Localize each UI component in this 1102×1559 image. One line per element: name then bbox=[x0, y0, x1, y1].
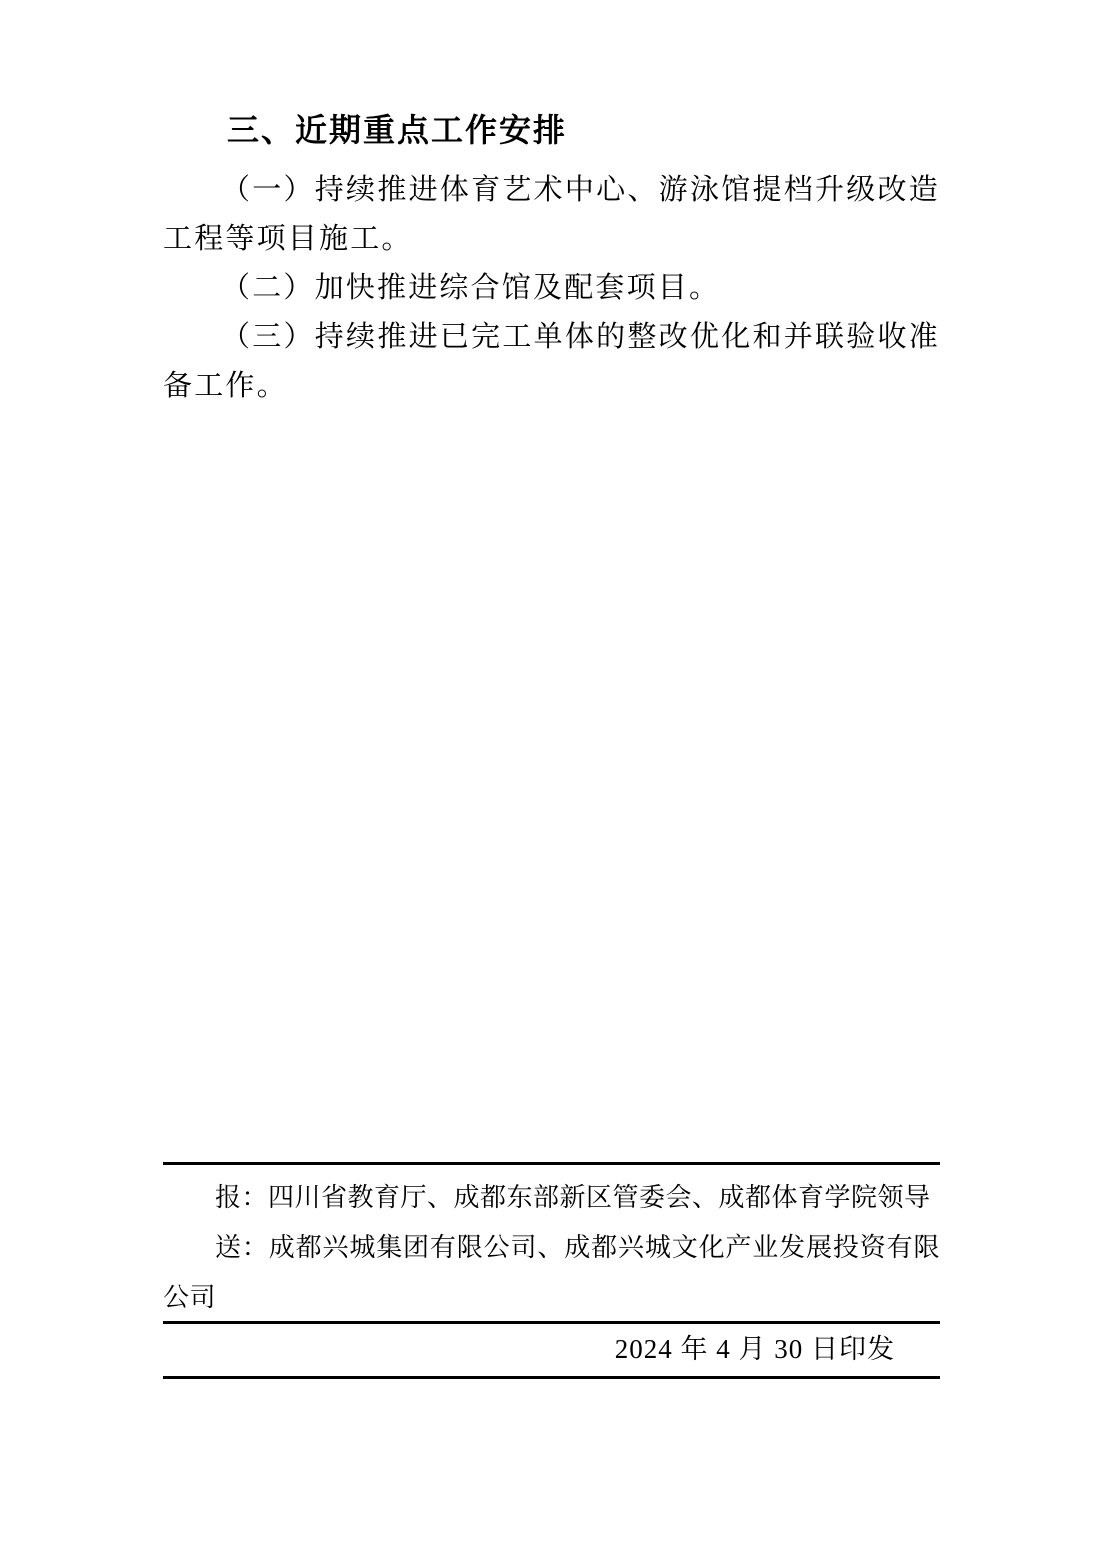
footer-report-line: 报：四川省教育厅、成都东部新区管委会、成都体育学院领导 bbox=[163, 1173, 940, 1223]
footer-divider-top bbox=[163, 1162, 940, 1165]
print-date: 2024 年 4 月 30 日印发 bbox=[163, 1322, 940, 1377]
paragraph-item-2: （二）加快推进综合馆及配套项目。 bbox=[163, 264, 940, 313]
document-body: 三、近期重点工作安排 （一）持续推进体育艺术中心、游泳馆提档升级改造工程等项目施… bbox=[163, 105, 940, 411]
footer-divider-bottom bbox=[163, 1376, 940, 1379]
paragraph-item-1: （一）持续推进体育艺术中心、游泳馆提档升级改造工程等项目施工。 bbox=[163, 166, 940, 264]
footer-send-line: 送：成都兴城集团有限公司、成都兴城文化产业发展投资有限公司 bbox=[163, 1223, 940, 1323]
document-page: 三、近期重点工作安排 （一）持续推进体育艺术中心、游泳馆提档升级改造工程等项目施… bbox=[0, 0, 1102, 1559]
section-heading: 三、近期重点工作安排 bbox=[163, 105, 940, 155]
paragraph-item-3: （三）持续推进已完工单体的整改优化和并联验收准备工作。 bbox=[163, 313, 940, 411]
